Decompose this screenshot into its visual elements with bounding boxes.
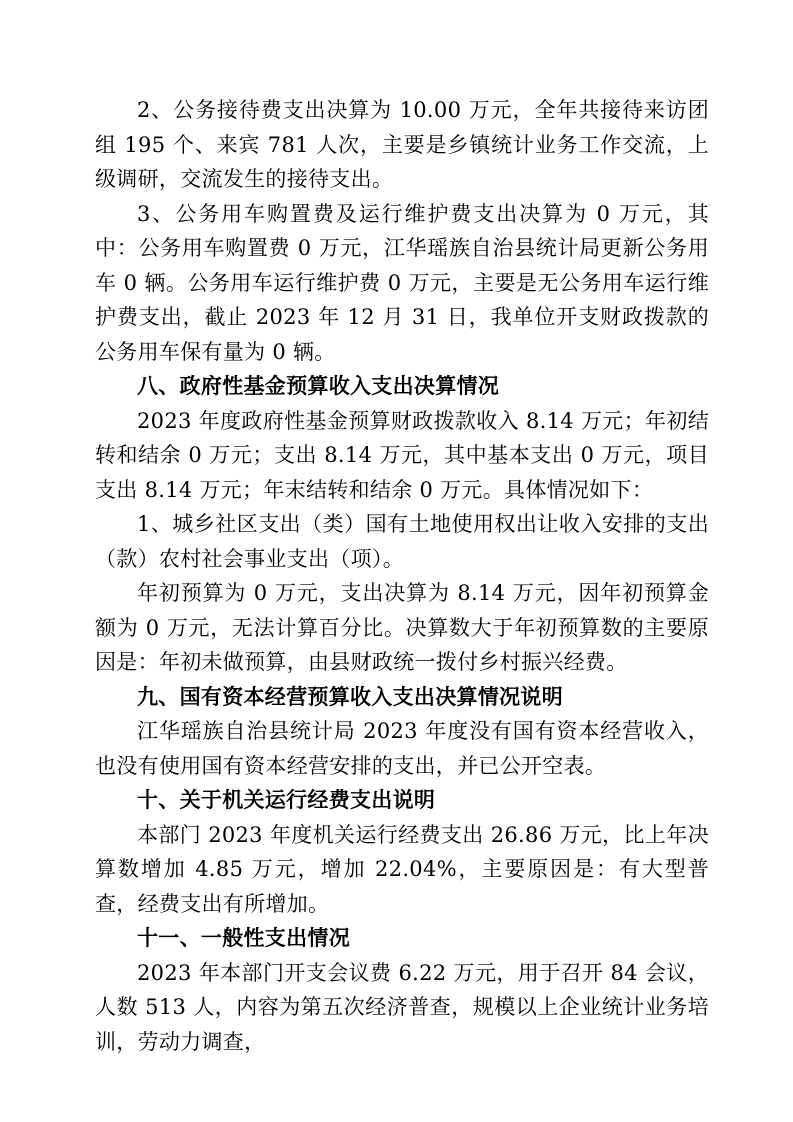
section-heading-8-government-fund-budget: 八、政府性基金预算收入支出决算情况 <box>95 369 709 404</box>
paragraph-meeting-expense: 2023 年本部门开支会议费 6.22 万元，用于召开 84 会议，人数 513… <box>95 956 709 1060</box>
paragraph-official-reception-expense: 2、公务接待费支出决算为 10.00 万元，全年共接待来访团组 195 个、来宾… <box>95 93 709 197</box>
section-heading-9-state-capital-budget: 九、国有资本经营预算收入支出决算情况说明 <box>95 680 709 715</box>
document-page: 2、公务接待费支出决算为 10.00 万元，全年共接待来访团组 195 个、来宾… <box>0 0 793 1122</box>
document-body: 2、公务接待费支出决算为 10.00 万元，全年共接待来访团组 195 个、来宾… <box>95 93 709 1059</box>
paragraph-urban-rural-community-expense: 1、城乡社区支出（类）国有土地使用权出让收入安排的支出（款）农村社会事业支出（项… <box>95 507 709 576</box>
section-heading-11-general-expense: 十一、一般性支出情况 <box>95 921 709 956</box>
paragraph-government-fund-summary: 2023 年度政府性基金预算财政拨款收入 8.14 万元；年初结转和结余 0 万… <box>95 404 709 508</box>
paragraph-budget-variance-explanation: 年初预算为 0 万元，支出决算为 8.14 万元，因年初预算金额为 0 万元，无… <box>95 576 709 680</box>
paragraph-state-capital-statement: 江华瑶族自治县统计局 2023 年度没有国有资本经营收入，也没有使用国有资本经营… <box>95 714 709 783</box>
section-heading-10-agency-operating-expense: 十、关于机关运行经费支出说明 <box>95 783 709 818</box>
paragraph-agency-operating-expense: 本部门 2023 年度机关运行经费支出 26.86 万元，比上年决算数增加 4.… <box>95 818 709 922</box>
paragraph-official-vehicle-expense: 3、公务用车购置费及运行维护费支出决算为 0 万元，其中：公务用车购置费 0 万… <box>95 197 709 370</box>
